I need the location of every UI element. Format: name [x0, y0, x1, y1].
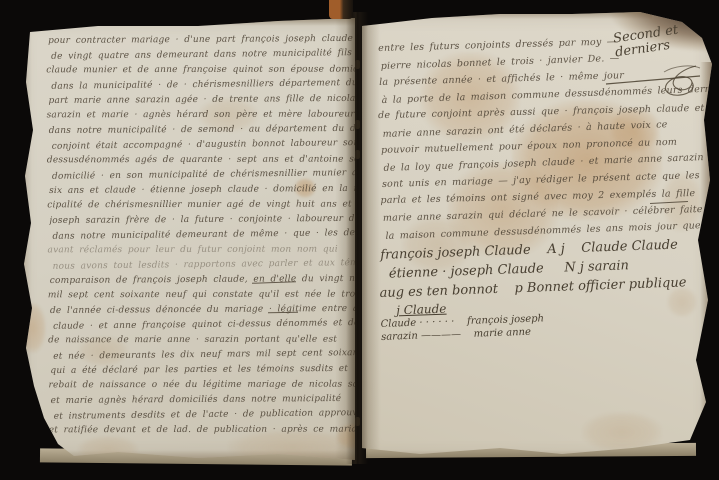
scan-background: { "colors":{ "background":"#0b0908", "pa…	[0, 0, 719, 480]
spine-tab	[329, 0, 353, 19]
manuscript-line: rebait de naissance o née du légitime ma…	[48, 378, 358, 394]
manuscript-line: et ratifiée devant et de lad. de publica…	[49, 423, 359, 439]
paper-stain	[20, 303, 46, 353]
manuscript-line: mil sept cent soixante neuf qui constate…	[48, 288, 358, 304]
signatures-block: françois joseph Claude A j Claude Claude…	[378, 237, 688, 345]
left-page: pour contracter mariage · d'une part fra…	[18, 18, 355, 460]
manuscript-line: sarazin et marie · agnès hérard son père…	[47, 108, 357, 124]
manuscript-line: comparaison de françois joseph claude, e…	[50, 272, 360, 289]
manuscript-line: six ans et claude · étienne joseph claud…	[49, 182, 359, 199]
page-top-shadow	[28, 18, 355, 26]
manuscript-line: part marie anne sarazin agée · de trente…	[48, 92, 358, 109]
binding-stitch	[355, 60, 360, 69]
manuscript-line: qui a été déclaré par les parties et les…	[50, 362, 360, 379]
binding-stitch	[355, 417, 360, 426]
binding-stitch	[355, 150, 360, 159]
manuscript-line: cipalité de chérismesnillier munier agé …	[47, 198, 357, 214]
left-page-text: pour contracter mariage · d'une part fra…	[48, 32, 361, 439]
page-left-deckle	[18, 28, 32, 454]
binding-stitch	[355, 120, 360, 129]
right-page: Second etderniers entre les futurs conjo…	[362, 12, 712, 460]
page-gutter	[346, 12, 368, 464]
right-page-text: entre les futurs conjoints dressés par m…	[378, 31, 719, 244]
